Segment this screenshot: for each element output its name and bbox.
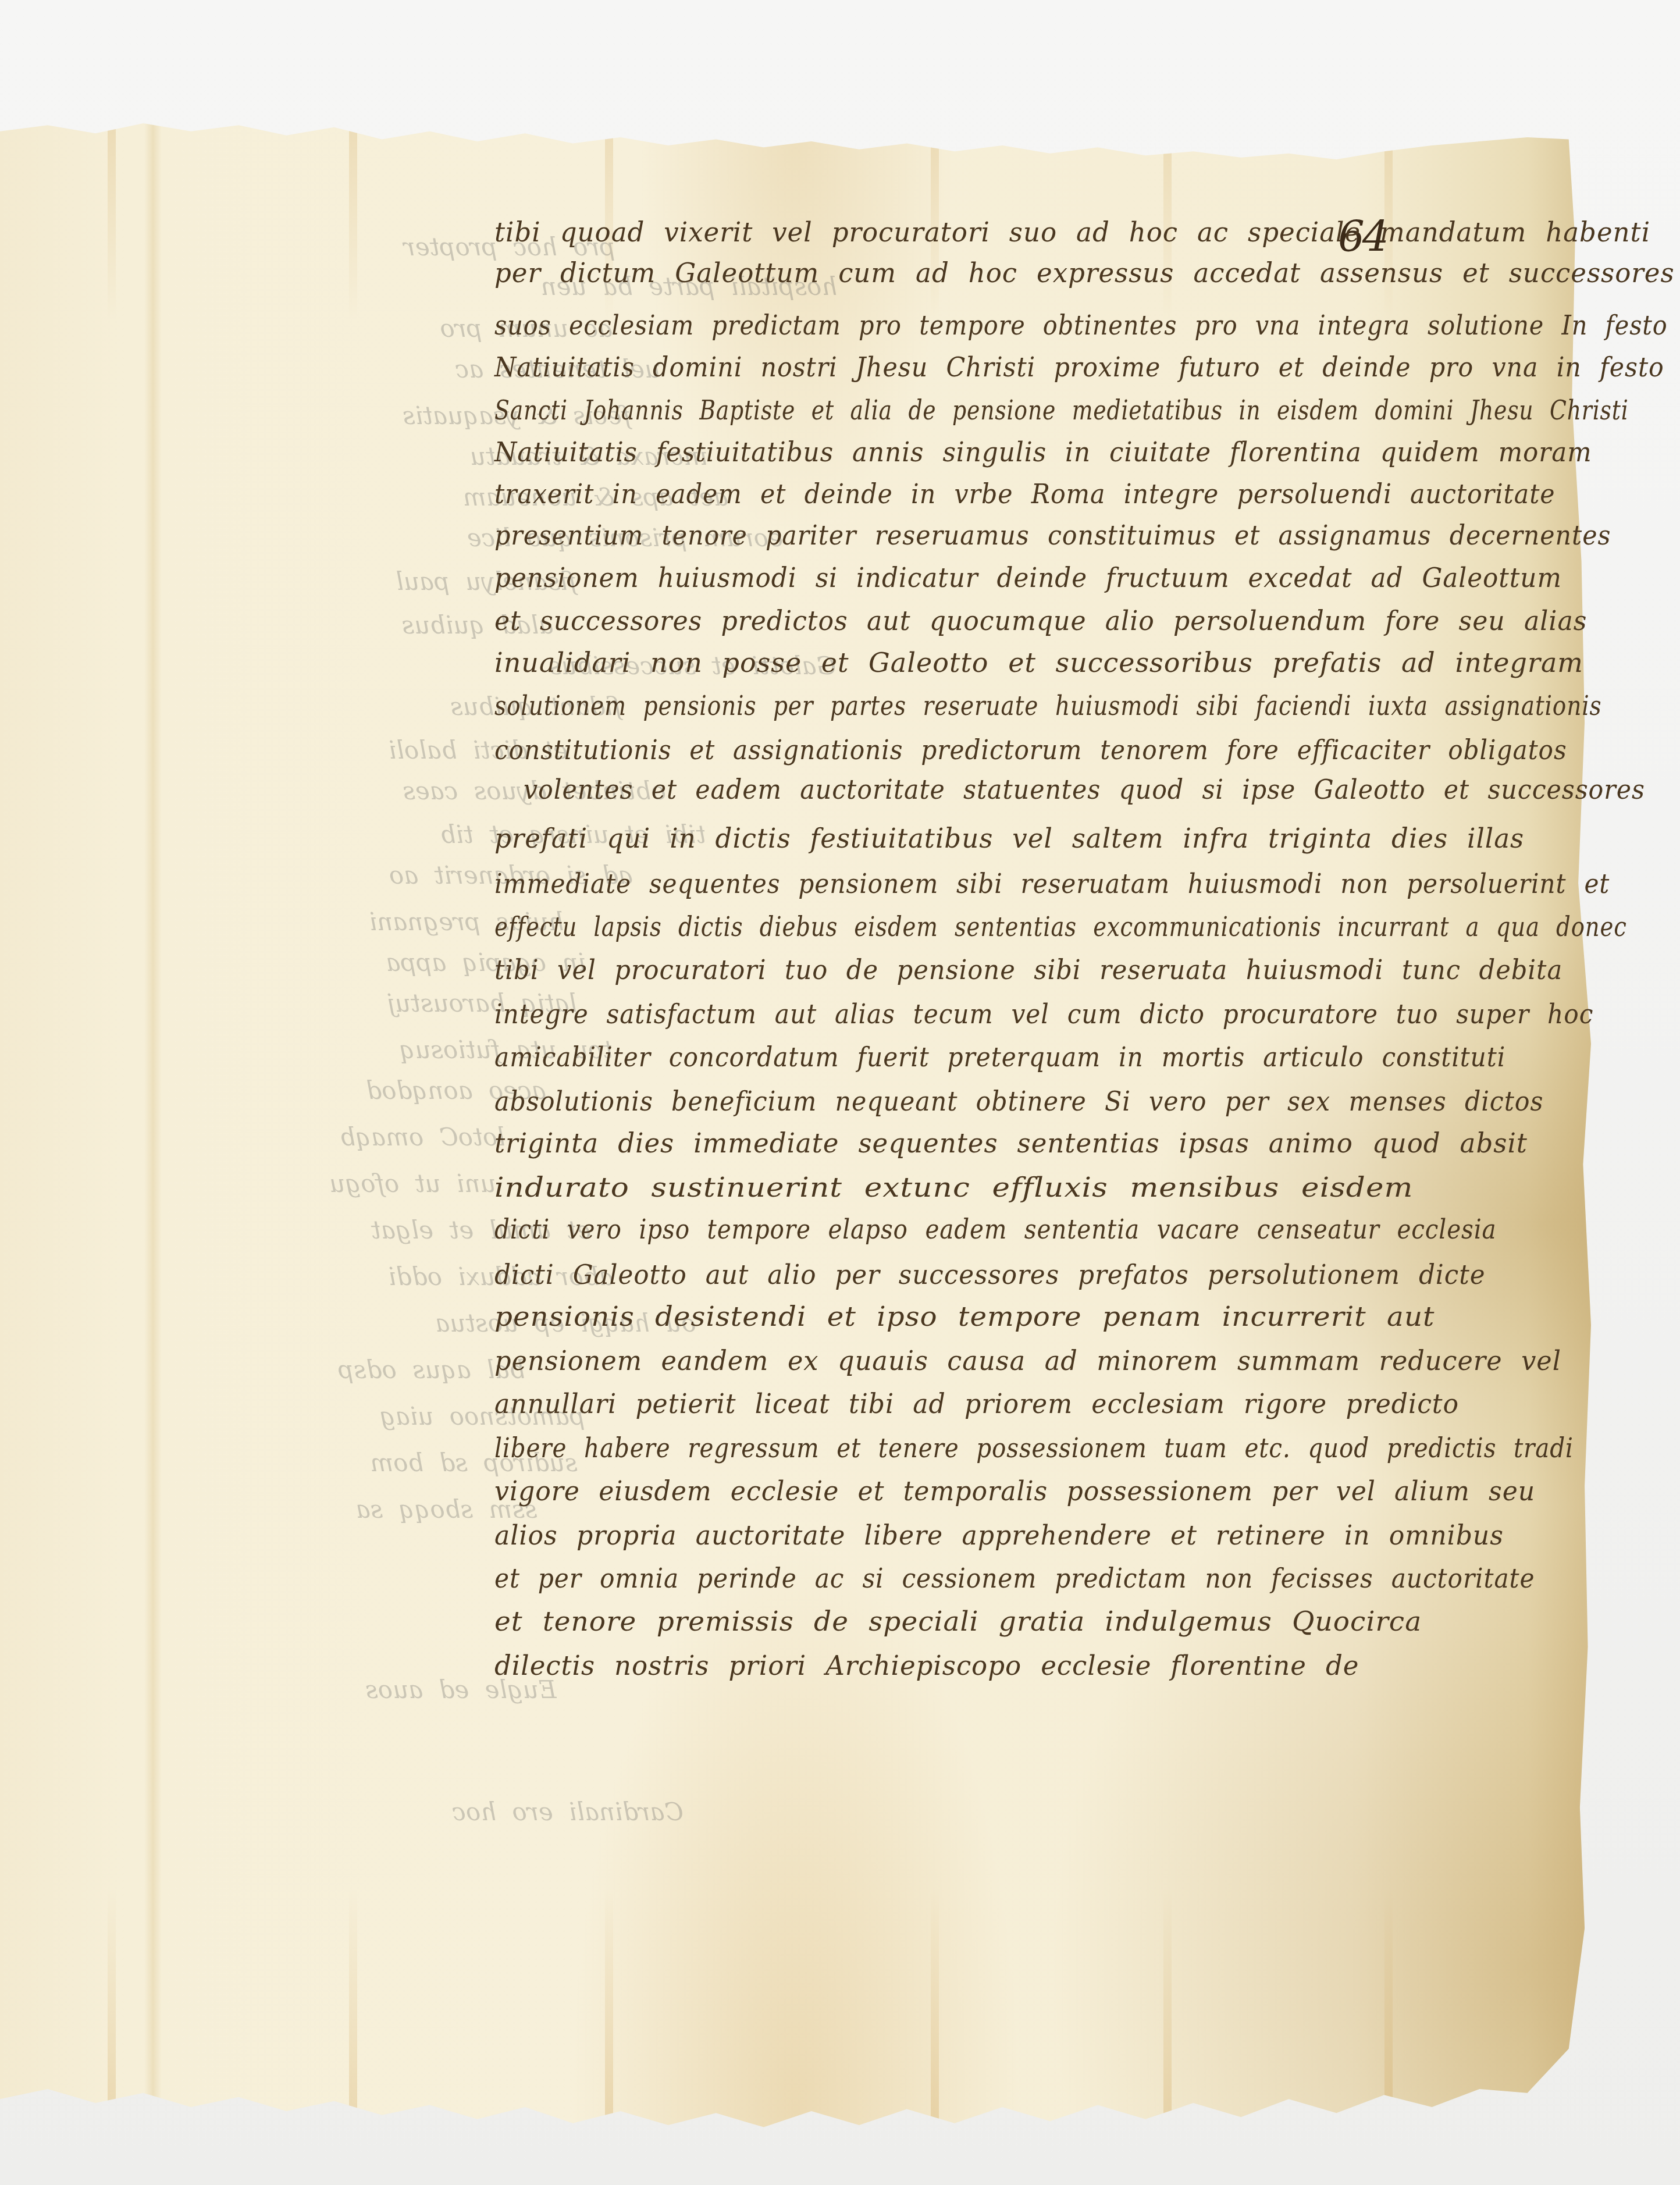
- text-line: immediate sequentes pensionem sibi reser…: [494, 868, 1610, 899]
- text-line: volentes et eadem auctoritate statuentes…: [524, 774, 1645, 805]
- text-line: presentium tenore pariter reseruamus con…: [494, 519, 1611, 551]
- text-line: annullari petierit liceat tibi ad priore…: [494, 1388, 1459, 1419]
- text-line: Sancti Johannis Baptiste et alia de pens…: [494, 394, 1629, 426]
- text-line: inualidari non posse et Galeotto et succ…: [494, 647, 1583, 678]
- text-line: dilectis nostris priori Archiepiscopo ec…: [494, 1650, 1359, 1681]
- text-line: pensionem eandem ex quauis causa ad mino…: [494, 1345, 1561, 1376]
- text-line: effectu lapsis dictis diebus eisdem sent…: [494, 911, 1627, 942]
- text-line: libere habere regressum et tenere posses…: [494, 1432, 1574, 1464]
- text-line: constitutionis et assignationis predicto…: [494, 734, 1567, 766]
- text-line: pensionis desistendi et ipso tempore pen…: [494, 1301, 1435, 1332]
- text-line: Natiuitatis festiuitatibus annis singuli…: [494, 436, 1592, 468]
- text-line: triginta dies immediate sequentes senten…: [494, 1127, 1528, 1159]
- text-line: per dictum Galeottum cum ad hoc expressu…: [494, 257, 1675, 289]
- text-line: traxerit in eadem et deinde in vrbe Roma…: [494, 478, 1556, 510]
- text-line: et successores predictos aut quocumque a…: [494, 605, 1587, 636]
- text-line: et per omnia perinde ac si cessionem pre…: [494, 1563, 1535, 1594]
- text-line: suos ecclesiam predictam pro tempore obt…: [494, 309, 1668, 341]
- manuscript-text: tibi quoad vixerit vel procuratori suo a…: [0, 0, 1680, 2185]
- text-line: et tenore premissis de speciali gratia i…: [494, 1606, 1422, 1637]
- text-line: dicti Galeotto aut alio per successores …: [494, 1259, 1486, 1290]
- text-line: vigore eiusdem ecclesie et temporalis po…: [494, 1475, 1535, 1507]
- text-line: Natiuitatis domini nostri Jhesu Christi …: [494, 351, 1664, 383]
- text-line: alios propria auctoritate libere apprehe…: [494, 1519, 1504, 1551]
- text-line: tibi quoad vixerit vel procuratori suo a…: [494, 216, 1650, 248]
- text-line: tibi vel procuratori tuo de pensione sib…: [494, 954, 1562, 985]
- text-line: dicti vero ipso tempore elapso eadem sen…: [494, 1214, 1497, 1245]
- text-line: amicabiliter concordatum fuerit preterqu…: [494, 1041, 1505, 1073]
- text-line: solutionem pensionis per partes reseruat…: [494, 690, 1602, 721]
- text-line: indurato sustinuerint extunc effluxis me…: [494, 1172, 1414, 1203]
- text-line: prefati qui in dictis festiuitatibus vel…: [494, 823, 1524, 854]
- text-line: pensionem huiusmodi si indicatur deinde …: [494, 562, 1562, 593]
- text-line: absolutionis beneficium nequeant obtiner…: [494, 1086, 1543, 1117]
- text-line: integre satisfactum aut alias tecum vel …: [494, 998, 1593, 1030]
